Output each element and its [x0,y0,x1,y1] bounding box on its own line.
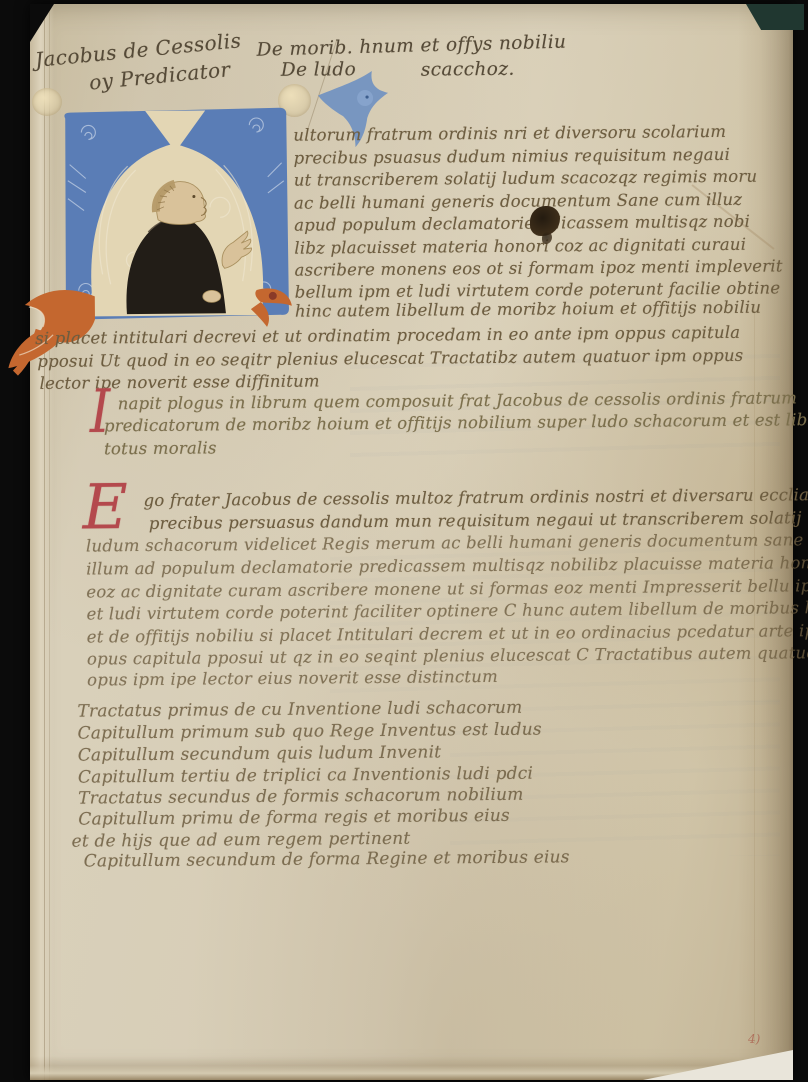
quire-mark: 4) [748,1032,760,1046]
annotation-title-line1: De morib. hnum et offys nobiliu [256,32,566,61]
manuscript-line: libz placuisset materia honori coz ac di… [294,235,746,258]
prologue-line: ludum schacorum videlicet Regis merum ac… [86,530,808,555]
contents-line: Capitullum primum sub quo Rege Inventus … [78,720,542,744]
prologue-line: et de offitijs nobiliu si placet Intitul… [87,621,808,646]
manuscript-line: apud populum declamatorie pdicassem mult… [294,212,750,235]
prologue-line: go frater Jacobus de cessolis multoz fra… [143,485,808,510]
contents-line: Capitullum secundum de forma Regine et m… [84,847,570,871]
manuscript-photo: { "annotations": { "top_left": ["Jacobus… [0,0,808,1082]
prologue-line: eoz ac dignitate curam ascribere monene … [86,576,808,601]
manuscript-line: ut transcriberem solatij ludum scacozqz … [294,167,758,190]
rubric-line: napit plogus in librum quem composuit fr… [118,388,798,413]
prologue-line: opus ipm ipe lector eius noverit esse di… [87,667,498,690]
prologue-line: et ludi virtutem corde poterint facilite… [86,598,808,624]
contents-line: Tractatus secundus de formis schacorum n… [78,785,524,809]
monk-hand-lower [203,290,221,302]
manuscript-line: precibus psuasus dudum nimius requisitum… [294,145,731,168]
contents-line: Capitullum secundum quis ludum Invenit [78,742,442,765]
manuscript-line: ac belli humani generis documentum Sane … [294,190,742,213]
manuscript-page: Jacobus de Cessolis oy Predicator De mor… [30,4,793,1080]
contents-line: Capitullum tertiu de triplici ca Inventi… [78,764,533,788]
manuscript-line: ultorum fratrum ordinis nri et diversoru… [293,122,726,145]
manuscript-line: lector ipe noverit esse diffinitum [39,371,319,392]
contents-line: Capitullum primu de forma regis et morib… [78,806,510,830]
prologue-line: precibus persuasus dandum mun requisitum… [149,508,802,533]
prologue-line: illum ad populum declamatorie predicasse… [86,553,808,579]
prologue-line: opus capitula pposui ut qz in eo seqint … [87,643,808,668]
rubric-line: totus moralis [104,438,217,458]
manuscript-line: ascribere monens eos ot si formam ipoz m… [294,256,782,279]
rubric-line: predicatorum de moribz hoium et offitijs… [104,410,808,435]
manuscript-line: hinc autem libellum de moribz hoium et o… [295,298,761,321]
monk-eye [192,195,195,198]
prologue-initial-e: E [82,476,128,538]
contents-line: Tractatus primus de cu Inventione ludi s… [77,698,522,722]
